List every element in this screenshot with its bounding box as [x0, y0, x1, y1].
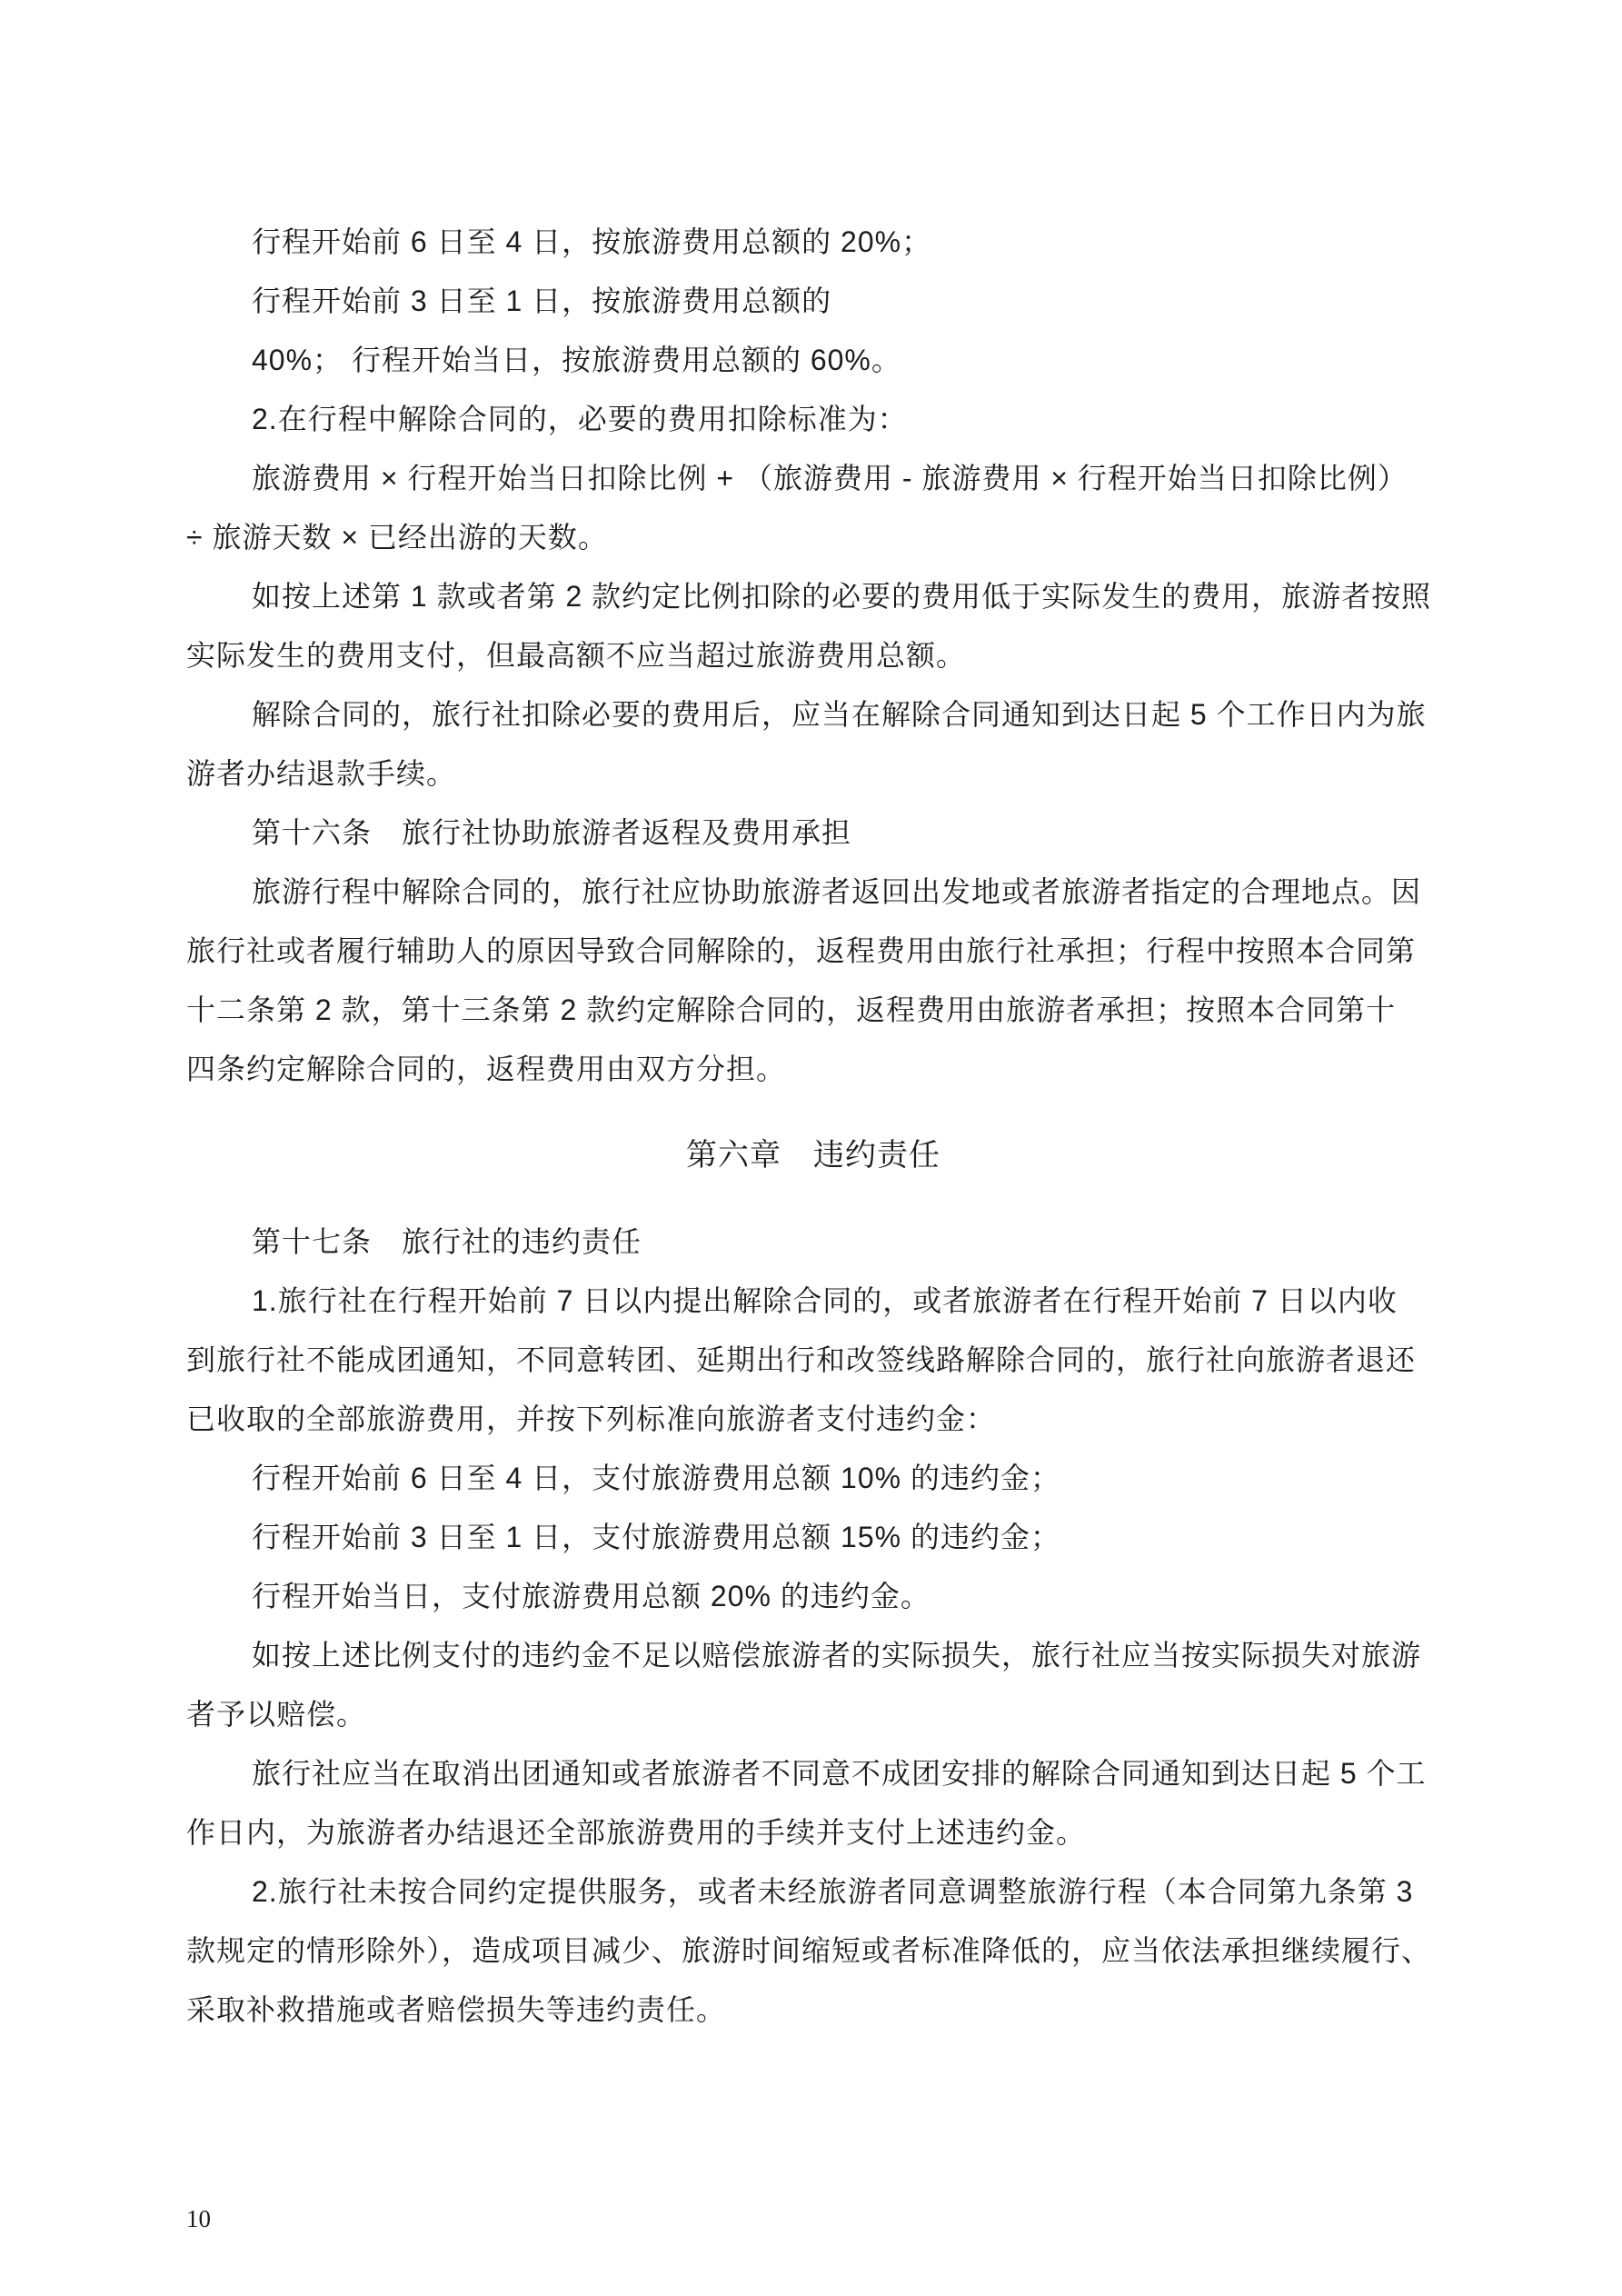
- text-line: 者予以赔偿。: [186, 1685, 1440, 1744]
- text-line: 到旅行社不能成团通知，不同意转团、延期出行和改签线路解除合同的，旅行社向旅游者退…: [186, 1331, 1440, 1390]
- page-number: 10: [186, 2203, 211, 2234]
- text-line: 行程开始前 3 日至 1 日，按旅游费用总额的: [186, 272, 1440, 331]
- text-line: 款规定的情形除外），造成项目减少、旅游时间缩短或者标准降低的，应当依法承担继续履…: [186, 1922, 1440, 1981]
- text-line: 第十六条 旅行社协助旅游者返程及费用承担: [186, 804, 1440, 863]
- text-line: 2.旅行社未按合同约定提供服务，或者未经旅游者同意调整旅游行程（本合同第九条第 …: [186, 1862, 1440, 1922]
- text-line: 解除合同的，旅行社扣除必要的费用后，应当在解除合同通知到达日起 5 个工作日内为…: [186, 685, 1440, 744]
- text-line: 十二条第 2 款，第十三条第 2 款约定解除合同的，返程费用由旅游者承担；按照本…: [186, 981, 1440, 1040]
- text-line: 行程开始当日，支付旅游费用总额 20% 的违约金。: [186, 1567, 1440, 1626]
- text-line: 如按上述第 1 款或者第 2 款约定比例扣除的必要的费用低于实际发生的费用，旅游…: [186, 567, 1440, 626]
- text-line: 采取补救措施或者赔偿损失等违约责任。: [186, 1981, 1440, 2040]
- text-line: 旅游费用 × 行程开始当日扣除比例 + （旅游费用 - 旅游费用 × 行程开始当…: [186, 449, 1440, 508]
- text-line: 第十七条 旅行社的违约责任: [186, 1213, 1440, 1272]
- text-line: 实际发生的费用支付，但最高额不应当超过旅游费用总额。: [186, 626, 1440, 685]
- text-line: 行程开始前 3 日至 1 日，支付旅游费用总额 15% 的违约金；: [186, 1508, 1440, 1567]
- text-line: ÷ 旅游天数 × 已经出游的天数。: [186, 508, 1440, 567]
- text-line: 2.在行程中解除合同的，必要的费用扣除标准为：: [186, 390, 1440, 449]
- text-line: 行程开始前 6 日至 4 日，按旅游费用总额的 20%；: [186, 213, 1440, 272]
- text-line: 旅游行程中解除合同的，旅行社应协助旅游者返回出发地或者旅游者指定的合理地点。因: [186, 863, 1440, 922]
- text-line: 旅行社或者履行辅助人的原因导致合同解除的，返程费用由旅行社承担；行程中按照本合同…: [186, 922, 1440, 981]
- chapter-heading: 第六章 违约责任: [186, 1126, 1440, 1185]
- text-line: 已收取的全部旅游费用，并按下列标准向旅游者支付违约金：: [186, 1390, 1440, 1449]
- document-body: 行程开始前 6 日至 4 日，按旅游费用总额的 20%；行程开始前 3 日至 1…: [186, 213, 1440, 2040]
- text-line: 旅行社应当在取消出团通知或者旅游者不同意不成团安排的解除合同通知到达日起 5 个…: [186, 1744, 1440, 1803]
- text-line: 1.旅行社在行程开始前 7 日以内提出解除合同的，或者旅游者在行程开始前 7 日…: [186, 1272, 1440, 1331]
- text-line: 40%； 行程开始当日，按旅游费用总额的 60%。: [186, 331, 1440, 390]
- text-line: 作日内，为旅游者办结退还全部旅游费用的手续并支付上述违约金。: [186, 1803, 1440, 1862]
- document-page: 行程开始前 6 日至 4 日，按旅游费用总额的 20%；行程开始前 3 日至 1…: [0, 0, 1622, 2296]
- text-line: 四条约定解除合同的，返程费用由双方分担。: [186, 1040, 1440, 1099]
- text-line: 如按上述比例支付的违约金不足以赔偿旅游者的实际损失，旅行社应当按实际损失对旅游: [186, 1626, 1440, 1685]
- text-line: 行程开始前 6 日至 4 日，支付旅游费用总额 10% 的违约金；: [186, 1449, 1440, 1508]
- text-line: 游者办结退款手续。: [186, 744, 1440, 804]
